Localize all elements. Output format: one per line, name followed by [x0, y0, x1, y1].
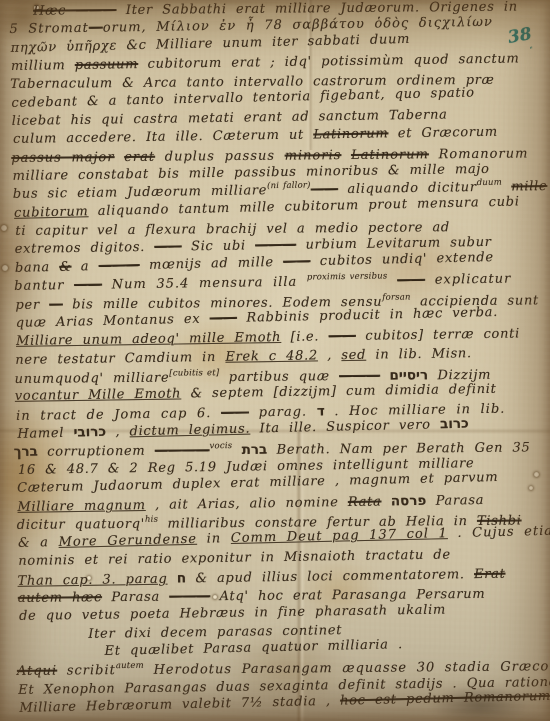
text-segment: Comm Deut pag 137 col 1	[231, 526, 448, 546]
text-segment: explicatur	[425, 272, 511, 288]
text-segment: forsan	[382, 292, 411, 302]
hebrew-word: פרסה	[391, 493, 427, 510]
paper-hole	[1, 225, 7, 231]
hebrew-word: כרובי	[73, 424, 106, 441]
struck-text: ——	[328, 329, 356, 344]
text-segment: More Gerundense	[58, 532, 197, 550]
text-segment: , ait Arias, alio nomine	[146, 495, 348, 513]
text-segment	[341, 148, 351, 163]
text-segment: a	[71, 259, 98, 275]
manuscript-page: Hæc ——— Iter Sabbathi erat milliare Judæ…	[0, 0, 550, 721]
struck-text: ——	[209, 311, 237, 327]
text-segment: Dizzijm	[428, 368, 491, 384]
hebrew-word: ד	[317, 403, 325, 419]
text-segment: Parasa	[102, 590, 169, 606]
text-segment: & a	[18, 535, 59, 551]
struck-text: —	[89, 21, 103, 36]
struck-text: ——	[397, 273, 425, 288]
struck-text: minoris	[285, 148, 342, 163]
hebrew-word: ריסיים	[389, 367, 428, 383]
struck-text: hoc est pedum Romanorum	[340, 689, 550, 709]
text-segment: in lib. Misn.	[366, 346, 472, 363]
struck-text: Atqui	[17, 664, 57, 679]
text-segment	[380, 369, 389, 384]
struck-text: ——	[311, 183, 339, 198]
struck-text: ———	[98, 258, 139, 274]
struck-text: passuum	[75, 57, 139, 73]
text-segment: [cubitis et]	[169, 368, 219, 378]
text-segment: Erek c 48.2	[225, 348, 318, 364]
struck-text: ——	[154, 240, 182, 255]
text-segment: Num 35.4 mensura illa	[102, 275, 307, 293]
struck-text: erat	[124, 149, 155, 164]
text-segment: cubitos] terræ conti	[356, 327, 520, 344]
text-segment: partibus quæ	[219, 369, 339, 385]
struck-text: passus major	[11, 150, 114, 166]
hebrew-word: כרוב	[440, 416, 469, 433]
text-segment: Atq' hoc erat Parasanga Persarum	[210, 587, 485, 604]
struck-text: Latinorum	[351, 147, 429, 163]
text-segment: Ita ille. Suspicor vero	[250, 417, 440, 436]
text-segment: ,	[106, 424, 130, 440]
text-segment: & apud illius loci commentatorem.	[186, 567, 474, 586]
manuscript-text: Hæc ——— Iter Sabbathi erat milliare Judæ…	[7, 0, 550, 718]
text-segment: mœnijs ad mille	[140, 255, 284, 273]
text-segment: Milliare magnum	[17, 498, 145, 515]
struck-text: ——	[221, 405, 249, 420]
text-segment: proximis versibus	[307, 272, 388, 283]
text-segment: Hamel	[17, 425, 73, 441]
text-segment: quæ Arias Montanus ex	[16, 311, 210, 330]
text-segment: vocantur Mille Emoth	[15, 387, 182, 404]
text-segment: 5 Stromat	[9, 21, 89, 37]
text-segment: et Græcorum	[388, 125, 498, 142]
text-segment: Iter Sabbathi erat milliare Judæorum. Or…	[116, 0, 517, 18]
text-segment: Romanorum	[429, 146, 529, 162]
hebrew-word: ח	[177, 570, 187, 586]
text-segment: vocis	[209, 441, 232, 451]
struck-text: ———	[339, 369, 380, 384]
text-segment: culum accedere. Ita ille. Cæterum ut	[13, 128, 313, 147]
hebrew-word: ברך	[14, 444, 38, 460]
page-number: 38	[507, 24, 534, 48]
struck-text: &	[59, 259, 72, 274]
text-segment: extremos digitos.	[15, 240, 155, 257]
text-segment: Parasa	[426, 493, 484, 509]
struck-text: Hæc ———	[33, 3, 117, 19]
text-segment: Than cap. 3. parag	[17, 571, 167, 588]
text-segment: duplus passus	[155, 148, 285, 164]
text-segment: corruptionem	[38, 444, 155, 460]
text-segment: ti capitur vel a flexura brachij vel a m…	[15, 220, 450, 239]
text-segment: millium	[11, 58, 75, 74]
struck-text: Latinorum	[313, 127, 388, 143]
text-segment: per	[15, 297, 49, 312]
struck-text: Rata	[348, 495, 382, 510]
text-segment	[387, 273, 397, 288]
text-segment: (ni fallor)	[267, 181, 311, 192]
text-segment: scribit	[57, 663, 116, 679]
text-segment: bantur	[14, 278, 74, 294]
struck-text: ——	[74, 278, 102, 293]
text-segment: Herodotus Parasangam æquasse 30 stadia G…	[144, 659, 550, 678]
text-segment: [i.e.	[281, 329, 329, 345]
struck-text: Erat	[474, 566, 506, 581]
text-segment: autem	[116, 661, 144, 671]
struck-text: ——	[283, 254, 311, 270]
text-segment: Berath. Nam per Berath Gen 35	[267, 441, 530, 458]
text-segment: cubitorum erat ; idq' potissimùm quod sa…	[138, 51, 519, 72]
text-segment: nere testatur Camdium in	[15, 349, 225, 367]
paper-hole	[2, 265, 8, 271]
text-segment: his	[145, 514, 158, 524]
text-segment: Milliare unum adeoq' mille Emoth	[16, 330, 281, 349]
text-segment: Sic ubi	[182, 239, 256, 255]
text-segment: bana	[15, 260, 60, 276]
text-segment: ,	[318, 348, 342, 363]
text-segment: . Cujus etiam	[448, 523, 550, 541]
struck-text: ———	[255, 238, 296, 254]
hebrew-word: ברת	[242, 442, 268, 458]
struck-text: ————	[155, 443, 210, 458]
text-segment: cubitos undiq' extende	[310, 250, 494, 269]
text-segment: dicitur quatuorq'	[17, 516, 145, 532]
text-segment	[232, 443, 241, 458]
text-segment: cubitorum	[14, 204, 89, 221]
text-segment	[114, 150, 124, 165]
struck-text: ———	[169, 589, 210, 604]
struck-text: autem hæc	[18, 590, 102, 606]
struck-text: —	[49, 297, 63, 312]
text-segment: duum	[477, 178, 502, 188]
text-segment: sed	[341, 347, 366, 362]
text-segment: dictum legimus.	[129, 421, 250, 439]
text-segment: in	[197, 531, 231, 547]
text-segment: unumquodq' milliare	[15, 370, 170, 386]
